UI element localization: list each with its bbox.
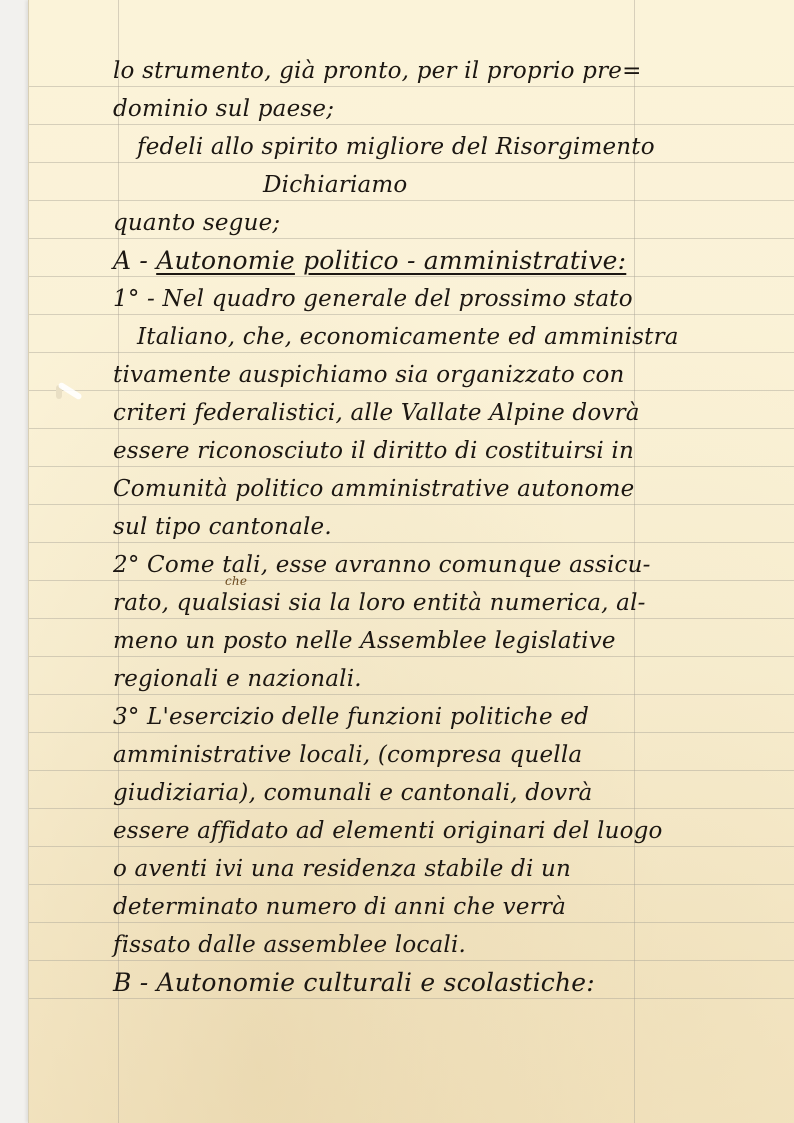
text-line: tivamente auspichiamo sia organizzato co… [113, 356, 625, 394]
section-a-title: Autonomie [156, 246, 295, 275]
text-line: meno un posto nelle Assemblee legislativ… [113, 622, 616, 660]
heading-section-a: A - Autonomie politico - amministrative: [113, 242, 626, 280]
heading-section-b: B - Autonomie culturali e scolastiche: [113, 964, 595, 1002]
text-line: fissato dalle assemblee locali. [113, 926, 466, 964]
text-line: fedeli allo spirito migliore del Risorgi… [137, 128, 655, 166]
text-line: 3° L'esercizio delle funzioni politiche … [113, 698, 589, 736]
text-line: Comunità politico amministrative autonom… [113, 470, 634, 508]
heading-declaration: Dichiariamo [263, 166, 407, 204]
text-line: quanto segue; [113, 204, 280, 242]
text-line: Italiano, che, economicamente ed amminis… [137, 318, 679, 356]
insertion-note: che [225, 574, 247, 588]
text-line: regionali e nazionali. [113, 660, 362, 698]
section-a-label: A - [113, 246, 156, 275]
text-line: determinato numero di anni che verrà [113, 888, 566, 926]
text-line: essere riconosciuto il diritto di costit… [113, 432, 634, 470]
text-line: dominio sul paese; [113, 90, 334, 128]
text-line: lo strumento, già pronto, per il proprio… [113, 52, 642, 90]
section-a-subtitle: politico - amministrative: [303, 246, 626, 275]
text-line: 2° Come tali, esse avranno comunque assi… [113, 546, 651, 584]
ruled-line [29, 200, 794, 201]
text-line: giudiziaria), comunali e cantonali, dovr… [113, 774, 592, 812]
text-line: sul tipo cantonale. [113, 508, 332, 546]
text-line: rato, qualsiasi sia la loro entità numer… [113, 584, 646, 622]
text-line: essere affidato ad elementi originari de… [113, 812, 663, 850]
text-line: criteri federalistici, alle Vallate Alpi… [113, 394, 640, 432]
text-line: amministrative locali, (compresa quella [113, 736, 582, 774]
text-line: o aventi ivi una residenza stabile di un [113, 850, 571, 888]
text-line: 1° - Nel quadro generale del prossimo st… [113, 280, 633, 318]
